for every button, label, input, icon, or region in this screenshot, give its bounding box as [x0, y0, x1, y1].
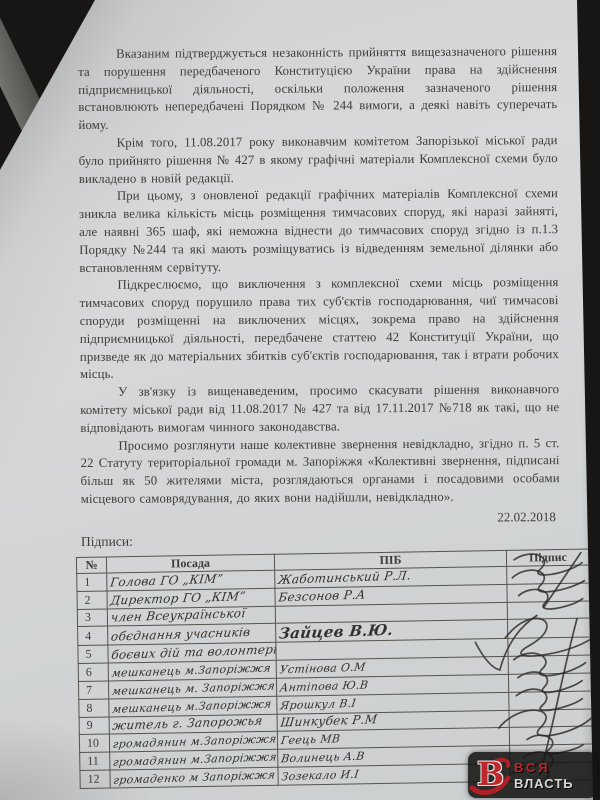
handwritten-name: Зайцев В.Ю. [278, 621, 394, 642]
watermark-text: ВСЯ ВЛАСТЬ [514, 760, 574, 791]
handwritten-position: громадянин м.Запоріжжя [112, 732, 277, 751]
paragraph: Вказаним підтверджується незаконність пр… [78, 43, 558, 135]
handwritten-position: мешканець м. Запоріжжя [111, 679, 276, 698]
handwritten-position: обєднання учасників [110, 625, 251, 644]
document-body: Вказаним підтверджується незаконність пр… [78, 43, 562, 788]
watermark-logo: В ВСЯ ВЛАСТЬ [468, 752, 597, 798]
header-signature: Підпис [506, 549, 589, 566]
handwritten-name: Устінова О.М [279, 660, 367, 676]
paragraph: Підкреслюємо, що виключення з комплексно… [79, 274, 559, 384]
paragraph: Крім того, 11.08.2017 року виконавчим ко… [79, 132, 558, 188]
handwritten-position: Директор ГО „КІМ” [110, 588, 247, 607]
paragraph: У зв'язку із вищенаведеним, просимо скас… [80, 381, 559, 437]
handwritten-name: Геець МВ [280, 732, 341, 747]
handwritten-name: Зозекало И.І [281, 767, 360, 783]
document-date: 22.02.2018 [81, 509, 560, 528]
handwritten-position: житель г. Запорожья [112, 714, 264, 733]
paragraph: При цьому, з оновленої редакції графічни… [79, 185, 559, 277]
handwritten-position: член Всеукраїнської [110, 606, 247, 625]
handwritten-name: Антіпова Ю.В [279, 678, 369, 694]
handwritten-name: Ярошкул В.І [279, 696, 356, 712]
document-page: Вказаним підтверджується незаконність пр… [0, 0, 600, 800]
paragraph: Просимо розглянути наше колективне зверн… [80, 435, 559, 509]
handwritten-name: Безсонов Р.А [278, 587, 367, 604]
handwritten-name: Жаботинський Р.Л. [277, 568, 412, 587]
signatures-label: Підписи: [81, 531, 560, 550]
handwritten-position: громаденко м Запоріжжя [113, 768, 276, 787]
handwritten-position: мешканець м.Запоріжжя [111, 661, 272, 679]
handwritten-position: Голова ГО „КІМ” [109, 571, 224, 589]
handwritten-name: Шинкубек Р.М [280, 712, 379, 729]
handwritten-name: Волинець А.В [280, 749, 365, 765]
handwritten-position: боєвих дій та волонтерів [110, 642, 276, 662]
header-num: № [76, 557, 106, 573]
watermark-b-icon: В [468, 752, 514, 798]
handwritten-position: мешканець м.Запоріжжя [111, 697, 272, 715]
handwritten-position: громадянин м.Запоріжжя [112, 750, 277, 769]
